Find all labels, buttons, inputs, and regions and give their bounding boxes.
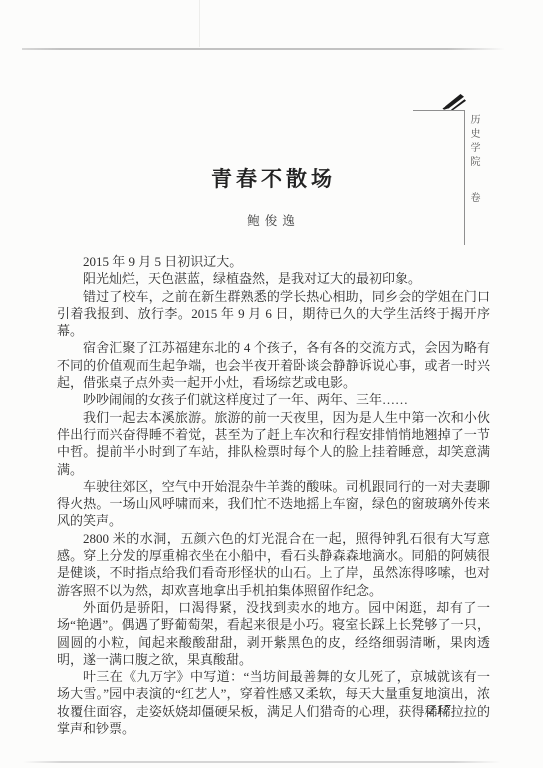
paragraph: 我们一起去本溪旅游。旅游的前一天夜里，因为是人生中第一次和小伙伴出行而兴奋得睡不… [57,409,490,478]
pen-icon [441,91,467,110]
author-name: 鲍俊逸 [57,211,490,229]
article-body: 2015 年 9 月 5 日初识辽大。 阳光灿烂，天色湛蓝，绿植盎然，是我对辽大… [57,253,490,737]
top-rule [22,48,505,50]
paragraph: 车驶往郊区，空气中开始混杂牛羊粪的酸味。司机跟同行的一对夫妻聊得火热。一场山风呼… [57,478,490,530]
scan-artifact-line [199,0,200,47]
paragraph: 吵吵闹闹的女孩子们就这样度过了一年、两年、三年…… [57,391,490,408]
paragraph: 宿舍汇聚了江苏福建东北的 4 个孩子，各有各的交流方式，会因为略有不同的价值观而… [57,339,490,391]
article-title: 青春不散场 [57,163,490,193]
series-volume-text: 卷 [468,192,479,206]
paragraph: 阳光灿烂，天色湛蓝，绿植盎然，是我对辽大的最初印象。 [57,270,490,287]
page-number: 217 [428,702,451,718]
paragraph: 错过了校车，之前在新生群熟悉的学长热心相助，同乡会的学姐在门口引着我报到、放行李… [57,288,490,340]
paragraph: 外面仍是骄阳，口渴得紧，没找到卖水的地方。园中闲逛，却有了一场“艳遇”。偶遇了野… [57,599,490,668]
paragraph: 2015 年 9 月 5 日初识辽大。 [57,253,490,270]
sidebar-corner-line-horizontal [413,110,465,111]
paragraph: 叶三在《九万字》中写道：“当坊间最善舞的女儿死了，京城就该有一场大雪。”园中表演… [57,668,490,737]
bottom-rule [23,761,501,763]
book-page: 历史学院 卷 青春不散场 鲍俊逸 2015 年 9 月 5 日初识辽大。 阳光灿… [0,0,543,768]
paragraph: 2800 米的水洞，五颜六色的灯光混合在一起，照得钟乳石很有大写意感。穿上分发的… [57,530,490,599]
series-label-text: 历史学院 [468,114,479,170]
